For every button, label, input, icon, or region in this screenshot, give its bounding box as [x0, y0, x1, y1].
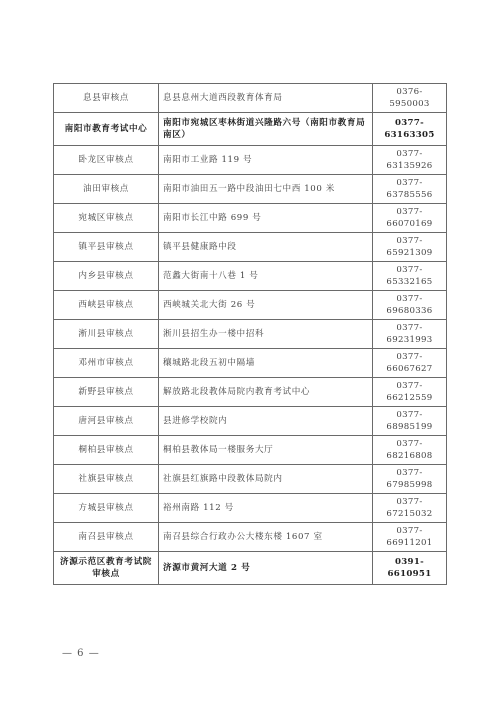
table-row: 西峡县审核点 西峡城关北大街 26 号 0377-69680336: [54, 291, 447, 320]
review-point-phone: 0377-63163305: [373, 113, 447, 146]
review-point-address: 南阳市油田五一路中段油田七中西 100 米: [159, 175, 373, 204]
review-point-address: 社旗县红旗路中段教体局院内: [159, 465, 373, 494]
review-point-phone: 0377-65921309: [373, 233, 447, 262]
table-row: 桐柏县审核点 桐柏县教体局一楼服务大厅 0377-68216808: [54, 436, 447, 465]
document-page: 息县审核点 息县息州大道西段教育体育局 0376-5950003 南阳市教育考试…: [0, 0, 500, 707]
review-point-name: 南召县审核点: [54, 523, 159, 552]
review-point-name: 卧龙区审核点: [54, 146, 159, 175]
review-point-address: 解放路北段教体局院内教育考试中心: [159, 378, 373, 407]
review-point-phone: 0391-6610951: [373, 552, 447, 585]
review-point-name: 息县审核点: [54, 84, 159, 113]
review-point-phone: 0377-69680336: [373, 291, 447, 320]
review-point-phone: 0376-5950003: [373, 84, 447, 113]
review-point-phone: 0377-63785556: [373, 175, 447, 204]
review-point-name: 油田审核点: [54, 175, 159, 204]
review-point-name: 方城县审核点: [54, 494, 159, 523]
table-row: 油田审核点 南阳市油田五一路中段油田七中西 100 米 0377-6378555…: [54, 175, 447, 204]
table-row: 宛城区审核点 南阳市长江中路 699 号 0377-66070169: [54, 204, 447, 233]
review-point-address: 南召县综合行政办公大楼东楼 1607 室: [159, 523, 373, 552]
review-point-name: 新野县审核点: [54, 378, 159, 407]
table-row: 淅川县审核点 淅川县招生办一楼中招科 0377-69231993: [54, 320, 447, 349]
review-point-address: 淅川县招生办一楼中招科: [159, 320, 373, 349]
table-row: 镇平县审核点 镇平县健康路中段 0377-65921309: [54, 233, 447, 262]
review-point-name: 内乡县审核点: [54, 262, 159, 291]
review-point-phone: 0377-66911201: [373, 523, 447, 552]
review-point-name: 社旗县审核点: [54, 465, 159, 494]
review-point-address: 桐柏县教体局一楼服务大厅: [159, 436, 373, 465]
review-point-phone: 0377-63135926: [373, 146, 447, 175]
table-row: 息县审核点 息县息州大道西段教育体育局 0376-5950003: [54, 84, 447, 113]
review-point-address: 范蠡大街南十八巷 1 号: [159, 262, 373, 291]
review-point-address: 济源市黄河大道 2 号: [159, 552, 373, 585]
table-row: 新野县审核点 解放路北段教体局院内教育考试中心 0377-66212559: [54, 378, 447, 407]
table-row: 济源示范区教育考试院审核点 济源市黄河大道 2 号 0391-6610951: [54, 552, 447, 585]
table-row: 社旗县审核点 社旗县红旗路中段教体局院内 0377-67985998: [54, 465, 447, 494]
review-point-address: 南阳市长江中路 699 号: [159, 204, 373, 233]
review-point-address: 南阳市工业路 119 号: [159, 146, 373, 175]
review-point-phone: 0377-68216808: [373, 436, 447, 465]
table-row: 卧龙区审核点 南阳市工业路 119 号 0377-63135926: [54, 146, 447, 175]
review-point-phone: 0377-67985998: [373, 465, 447, 494]
review-point-phone: 0377-68985199: [373, 407, 447, 436]
review-point-address: 西峡城关北大街 26 号: [159, 291, 373, 320]
review-points-table: 息县审核点 息县息州大道西段教育体育局 0376-5950003 南阳市教育考试…: [53, 83, 447, 585]
review-point-name: 淅川县审核点: [54, 320, 159, 349]
review-point-name: 桐柏县审核点: [54, 436, 159, 465]
review-point-address: 息县息州大道西段教育体育局: [159, 84, 373, 113]
review-point-name: 唐河县审核点: [54, 407, 159, 436]
table-row: 南召县审核点 南召县综合行政办公大楼东楼 1607 室 0377-6691120…: [54, 523, 447, 552]
review-point-address: 县进修学校院内: [159, 407, 373, 436]
review-point-name: 镇平县审核点: [54, 233, 159, 262]
review-point-address: 镇平县健康路中段: [159, 233, 373, 262]
review-point-name: 西峡县审核点: [54, 291, 159, 320]
table-row: 内乡县审核点 范蠡大街南十八巷 1 号 0377-65332165: [54, 262, 447, 291]
table-row: 方城县审核点 裕州南路 112 号 0377-67215032: [54, 494, 447, 523]
review-point-phone: 0377-67215032: [373, 494, 447, 523]
review-point-phone: 0377-66212559: [373, 378, 447, 407]
review-point-phone: 0377-65332165: [373, 262, 447, 291]
review-point-name: 邓州市审核点: [54, 349, 159, 378]
review-point-phone: 0377-66067627: [373, 349, 447, 378]
review-point-phone: 0377-66070169: [373, 204, 447, 233]
review-point-name: 宛城区审核点: [54, 204, 159, 233]
review-point-address: 南阳市宛城区枣林街道兴隆路六号（南阳市教育局南区）: [159, 113, 373, 146]
review-point-name: 济源示范区教育考试院审核点: [54, 552, 159, 585]
review-point-phone: 0377-69231993: [373, 320, 447, 349]
page-number: — 6 —: [62, 648, 100, 659]
table-row: 唐河县审核点 县进修学校院内 0377-68985199: [54, 407, 447, 436]
review-point-name: 南阳市教育考试中心: [54, 113, 159, 146]
review-point-address: 穰城路北段五初中隔墙: [159, 349, 373, 378]
review-point-address: 裕州南路 112 号: [159, 494, 373, 523]
table-row: 南阳市教育考试中心 南阳市宛城区枣林街道兴隆路六号（南阳市教育局南区） 0377…: [54, 113, 447, 146]
table-row: 邓州市审核点 穰城路北段五初中隔墙 0377-66067627: [54, 349, 447, 378]
